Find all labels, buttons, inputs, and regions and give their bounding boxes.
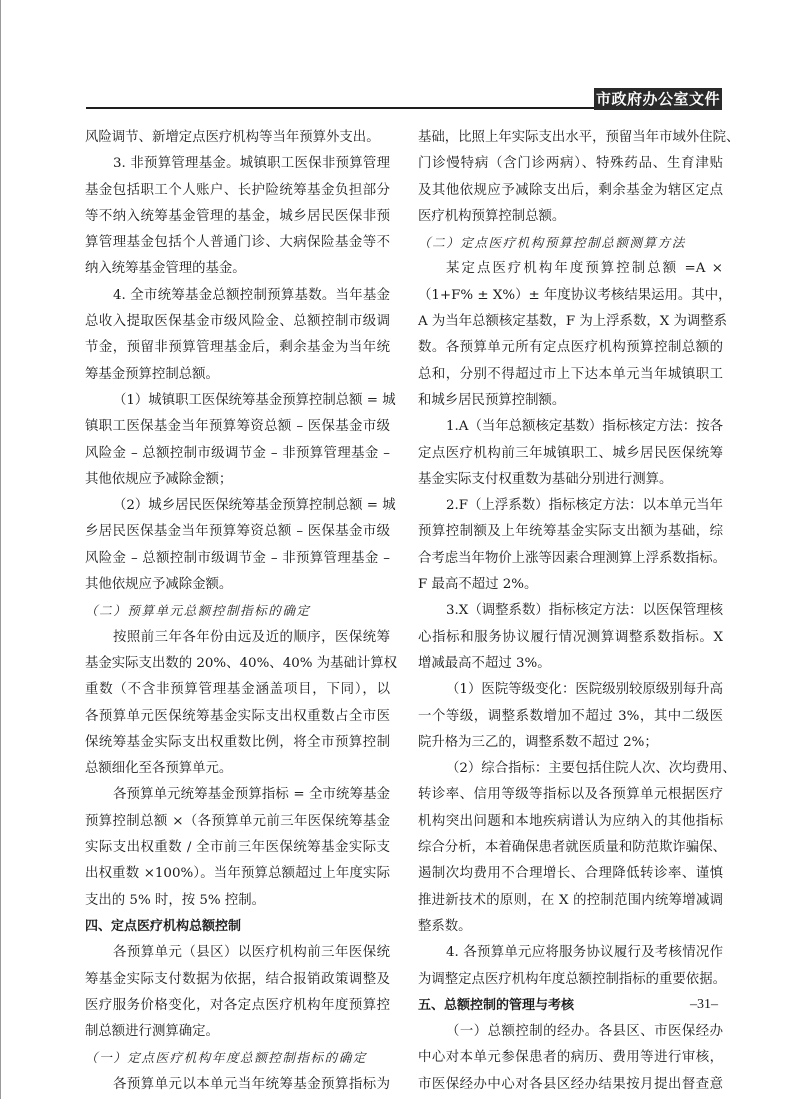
text-line: 乡居民医保基金当年预算筹资总额 – 医保基金市级 — [85, 519, 390, 545]
text-line: 及其他依规应予减除支出后，剩余基金为辖区定点 — [418, 178, 723, 204]
text-line: 医疗机构预算控制总额。 — [418, 204, 723, 230]
text-line: 预算控制额及上年统筹基金实际支出额为基础，综 — [418, 519, 723, 545]
text-line: 一个等级，调整系数增加不超过 3%，其中二级医 — [418, 704, 723, 730]
paragraph-start: 按照前三年各年份由远及近的顺序，医保统筹 — [85, 625, 390, 651]
text-line: 重数（不含非预算管理基金涵盖项目，下同），以 — [85, 677, 390, 703]
paragraph-start: （2）综合指标：主要包括住院人次、次均费用、 — [418, 756, 723, 782]
text-line: 制总额进行测算确定。 — [85, 1019, 390, 1045]
subsection-heading: （二）定点医疗机构预算控制总额测算方法 — [418, 230, 723, 256]
text-line: 市医保经办中心对各县区经办结果按月提出督查意 — [418, 1072, 723, 1098]
text-line: 预算控制总额 ×（各预算单元前三年医保统筹基金 — [85, 809, 390, 835]
text-line: 为调整定点医疗机构年度总额控制指标的重要依据。 — [418, 967, 723, 993]
text-line: 和城乡居民预算控制额。 — [418, 388, 723, 414]
text-line: 转诊率、信用等级等指标以及各预算单元根据医疗 — [418, 782, 723, 808]
text-line: 定点医疗机构前三年城镇职工、城乡居民医保统筹 — [418, 441, 723, 467]
right-column: 基础，比照上年实际支出水平，预留当年市域外住院、门诊慢特病（含门诊两病）、特殊药… — [418, 125, 723, 1098]
text-line: A 为当年总额核定基数，F 为上浮系数，X 为调整系 — [418, 309, 723, 335]
paragraph-start: 4. 全市统筹基金总额控制预算基数。当年基金 — [85, 283, 390, 309]
paragraph-start: 各预算单元（县区）以医疗机构前三年医保统 — [85, 940, 390, 966]
text-line: 中心对本单元参保患者的病历、费用等进行审核， — [418, 1045, 723, 1071]
text-line: 推进新技术的原则，在 X 的控制范围内统筹增减调 — [418, 888, 723, 914]
page-number: –31– — [690, 997, 718, 1013]
text-line: 合考虑当年物价上涨等因素合理测算上浮系数指标。 — [418, 546, 723, 572]
section-heading: 四、定点医疗机构总额控制 — [85, 914, 390, 940]
paragraph-start: （2）城乡居民医保统筹基金预算控制总额 = 城 — [85, 493, 390, 519]
text-line: 风险金 – 总额控制市级调节金 – 非预算管理基金 – — [85, 546, 390, 572]
text-line: 医疗服务价格变化，对各定点医疗机构年度预算控 — [85, 993, 390, 1019]
text-line: 基金实际支出数的 20%、40%、40% 为基础计算权 — [85, 651, 390, 677]
text-line: 筹基金实际支付数据为依据，结合报销政策调整及 — [85, 967, 390, 993]
text-line: 遏制次均费用不合理增长、合理降低转诊率、谨慎 — [418, 861, 723, 887]
text-line: 机构突出问题和本地疾病谱认为应纳入的其他指标 — [418, 809, 723, 835]
text-line: 基金包括职工个人账户、长护险统筹基金负担部分 — [85, 178, 390, 204]
header-rule — [86, 107, 594, 109]
text-line: 增减最高不超过 3%。 — [418, 651, 723, 677]
text-line: 基金实际支付权重数为基础分别进行测算。 — [418, 467, 723, 493]
text-line: 节金，预留非预算管理基金后，剩余基金为当年统 — [85, 335, 390, 361]
paragraph-start: 3.X（调整系数）指标核定方法：以医保管理核 — [418, 598, 723, 624]
paragraph-start: 4. 各预算单元应将服务协议履行及考核情况作 — [418, 940, 723, 966]
text-line: F 最高不超过 2%。 — [418, 572, 723, 598]
paragraph-start: 某定点医疗机构年度预算控制总额 =A × — [418, 256, 723, 282]
text-line: 其他依规应予减除金额； — [85, 467, 390, 493]
subsection-heading: （二）预算单元总额控制指标的确定 — [85, 598, 390, 624]
page-edge-border — [0, 0, 1, 1099]
text-line: 纳入统筹基金管理的基金。 — [85, 256, 390, 282]
text-line: 总和，分别不得超过市上下达本单元当年城镇职工 — [418, 362, 723, 388]
paragraph-start: 1.A（当年总额核定基数）指标核定方法：按各 — [418, 414, 723, 440]
text-line: 基础，比照上年实际支出水平，预留当年市域外住院、 — [418, 125, 723, 151]
paragraph-start: （一）总额控制的经办。各县区、市医保经办 — [418, 1019, 723, 1045]
text-line: 等不纳入统筹基金管理的基金，城乡居民医保非预 — [85, 204, 390, 230]
text-line: 算管理基金包括个人普通门诊、大病保险基金等不 — [85, 230, 390, 256]
text-line: 筹基金预算控制总额。 — [85, 362, 390, 388]
text-line: 风险调节、新增定点医疗机构等当年预算外支出。 — [85, 125, 390, 151]
text-line: 总收入提取医保基金市级风险金、总额控制市级调 — [85, 309, 390, 335]
text-line: 其他依规应予减除金额。 — [85, 572, 390, 598]
paragraph-start: （1）城镇职工医保统筹基金预算控制总额 = 城 — [85, 388, 390, 414]
paragraph-start: 3. 非预算管理基金。城镇职工医保非预算管理 — [85, 151, 390, 177]
paragraph-start: 2.F（上浮系数）指标核定方法：以本单元当年 — [418, 493, 723, 519]
text-line: 门诊慢特病（含门诊两病）、特殊药品、生育津贴 — [418, 151, 723, 177]
paragraph-start: 各预算单元以本单元当年统筹基金预算指标为 — [85, 1072, 390, 1098]
text-line: （1+F% ± X%）± 年度协议考核结果运用。其中， — [418, 283, 723, 309]
left-column: 风险调节、新增定点医疗机构等当年预算外支出。3. 非预算管理基金。城镇职工医保非… — [85, 125, 390, 1098]
subsection-heading: （一）定点医疗机构年度总额控制指标的确定 — [85, 1045, 390, 1071]
text-line: 院升格为三乙的，调整系数不超过 2%； — [418, 730, 723, 756]
section-tag: 市政府办公室文件 — [594, 88, 722, 110]
text-line: 总额细化至各预算单元。 — [85, 756, 390, 782]
text-line: 心指标和服务协议履行情况测算调整系数指标。X — [418, 625, 723, 651]
text-line: 风险金 – 总额控制市级调节金 – 非预算管理基金 – — [85, 441, 390, 467]
text-line: 保统筹基金实际支出权重数比例，将全市预算控制 — [85, 730, 390, 756]
text-line: 各预算单元医保统筹基金实际支出权重数占全市医 — [85, 704, 390, 730]
paragraph-start: （1）医院等级变化：医院级别较原级别每升高 — [418, 677, 723, 703]
text-line: 支出的 5% 时，按 5% 控制。 — [85, 888, 390, 914]
text-line: 整系数。 — [418, 914, 723, 940]
text-line: 数。各预算单元所有定点医疗机构预算控制总额的 — [418, 335, 723, 361]
text-line: 出权重数 ×100%）。当年预算总额超过上年度实际 — [85, 861, 390, 887]
section-heading: 五、总额控制的管理与考核 — [418, 993, 723, 1019]
paragraph-start: 各预算单元统筹基金预算指标 = 全市统筹基金 — [85, 782, 390, 808]
text-line: 实际支出权重数 / 全市前三年医保统筹基金实际支 — [85, 835, 390, 861]
text-line: 综合分析，本着确保患者就医质量和防范欺诈骗保、 — [418, 835, 723, 861]
text-line: 镇职工医保基金当年预算筹资总额 – 医保基金市级 — [85, 414, 390, 440]
